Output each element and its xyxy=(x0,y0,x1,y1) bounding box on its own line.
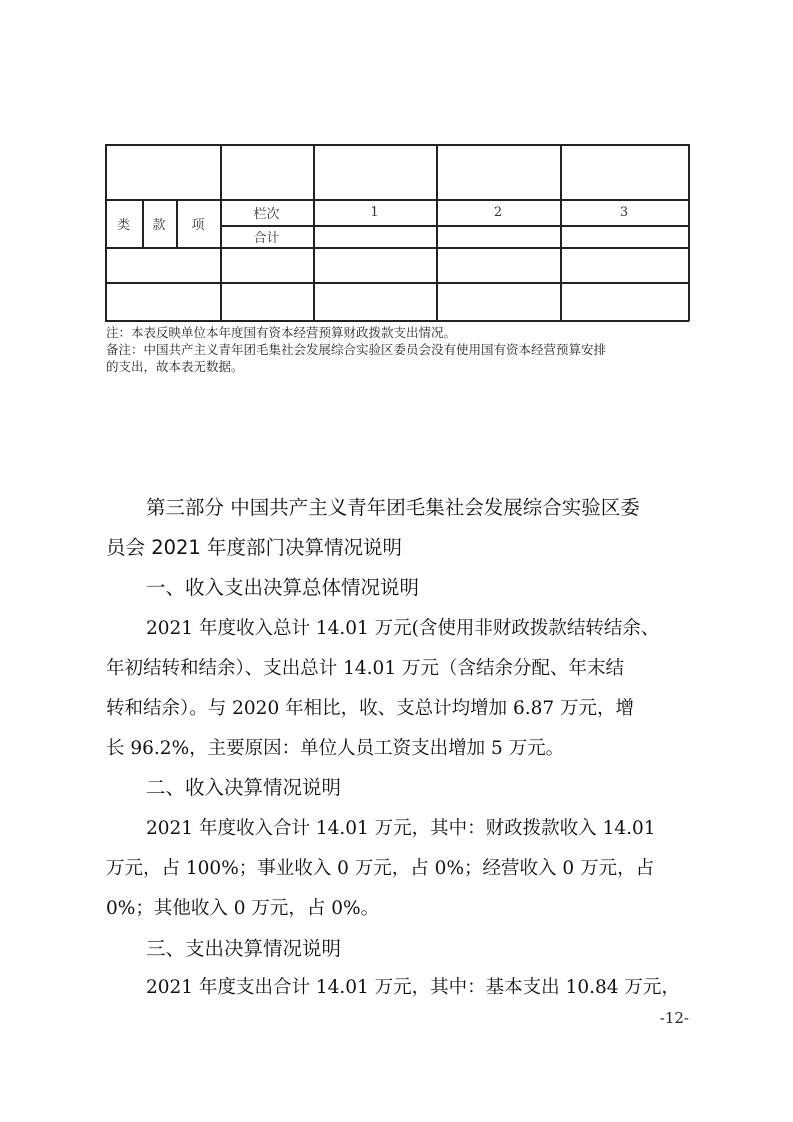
table-border-right xyxy=(688,144,690,321)
section-title-line2: 员会 2021 年度部门决算情况说明 xyxy=(106,532,402,560)
paragraph-expenditure-line1: 2021 年度支出合计 14.01 万元，其中：基本支出 10.84 万元， xyxy=(146,973,680,999)
column-number-2: 2 xyxy=(436,199,560,225)
column-number-1: 1 xyxy=(313,199,436,225)
paragraph-overall-line1: 2021 年度收入总计 14.01 万元(含使用非财政拨款结转结余、 xyxy=(146,614,659,640)
table-note: 注：本表反映单位本年度国有资本经营预算财政拨款支出情况。 xyxy=(106,324,456,341)
paragraph-income-line3: 0%；其他收入 0 万元，占 0%。 xyxy=(106,894,379,920)
subheading-income: 二、收入决算情况说明 xyxy=(146,772,341,800)
col-header-lei: 类 xyxy=(105,199,142,247)
budget-table: 类 款 项 栏次 合计 1 2 3 xyxy=(105,144,689,321)
paragraph-income-line1: 2021 年度收入合计 14.01 万元，其中：财政拨款收入 14.01 xyxy=(146,814,656,840)
row-label-lanci: 栏次 xyxy=(220,199,313,225)
table-remark-line2: 的支出，故本表无数据。 xyxy=(106,358,244,375)
table-border-top xyxy=(105,144,689,146)
section-title-line1: 第三部分 中国共产主义青年团毛集社会发展综合实验区委 xyxy=(146,492,640,520)
table-rule xyxy=(105,247,689,249)
paragraph-income-line2: 万元，占 100%；事业收入 0 万元，占 0%；经营收入 0 万元，占 xyxy=(106,854,654,880)
col-header-kuan: 款 xyxy=(142,199,176,247)
col-header-xiang: 项 xyxy=(176,199,220,247)
paragraph-overall-line4: 长 96.2%，主要原因：单位人员工资支出增加 5 万元。 xyxy=(106,734,564,760)
column-number-3: 3 xyxy=(560,199,688,225)
paragraph-overall-line3: 转和结余）。与 2020 年相比，收、支总计均增加 6.87 万元，增 xyxy=(106,694,634,720)
table-rule xyxy=(313,144,315,321)
page-number: -12- xyxy=(660,1009,689,1027)
table-border-bottom xyxy=(105,320,689,322)
row-label-total: 合计 xyxy=(220,225,313,247)
table-rule xyxy=(105,282,689,284)
subheading-expenditure: 三、支出决算情况说明 xyxy=(146,933,341,961)
paragraph-overall-line2: 年初结转和结余）、支出总计 14.01 万元（含结余分配、年末结 xyxy=(106,654,624,680)
table-rule xyxy=(436,144,438,321)
table-remark-line1: 备注：中国共产主义青年团毛集社会发展综合实验区委员会没有使用国有资本经营预算安排 xyxy=(106,341,606,358)
subheading-overall: 一、收入支出决算总体情况说明 xyxy=(146,572,419,600)
table-rule xyxy=(560,144,562,321)
